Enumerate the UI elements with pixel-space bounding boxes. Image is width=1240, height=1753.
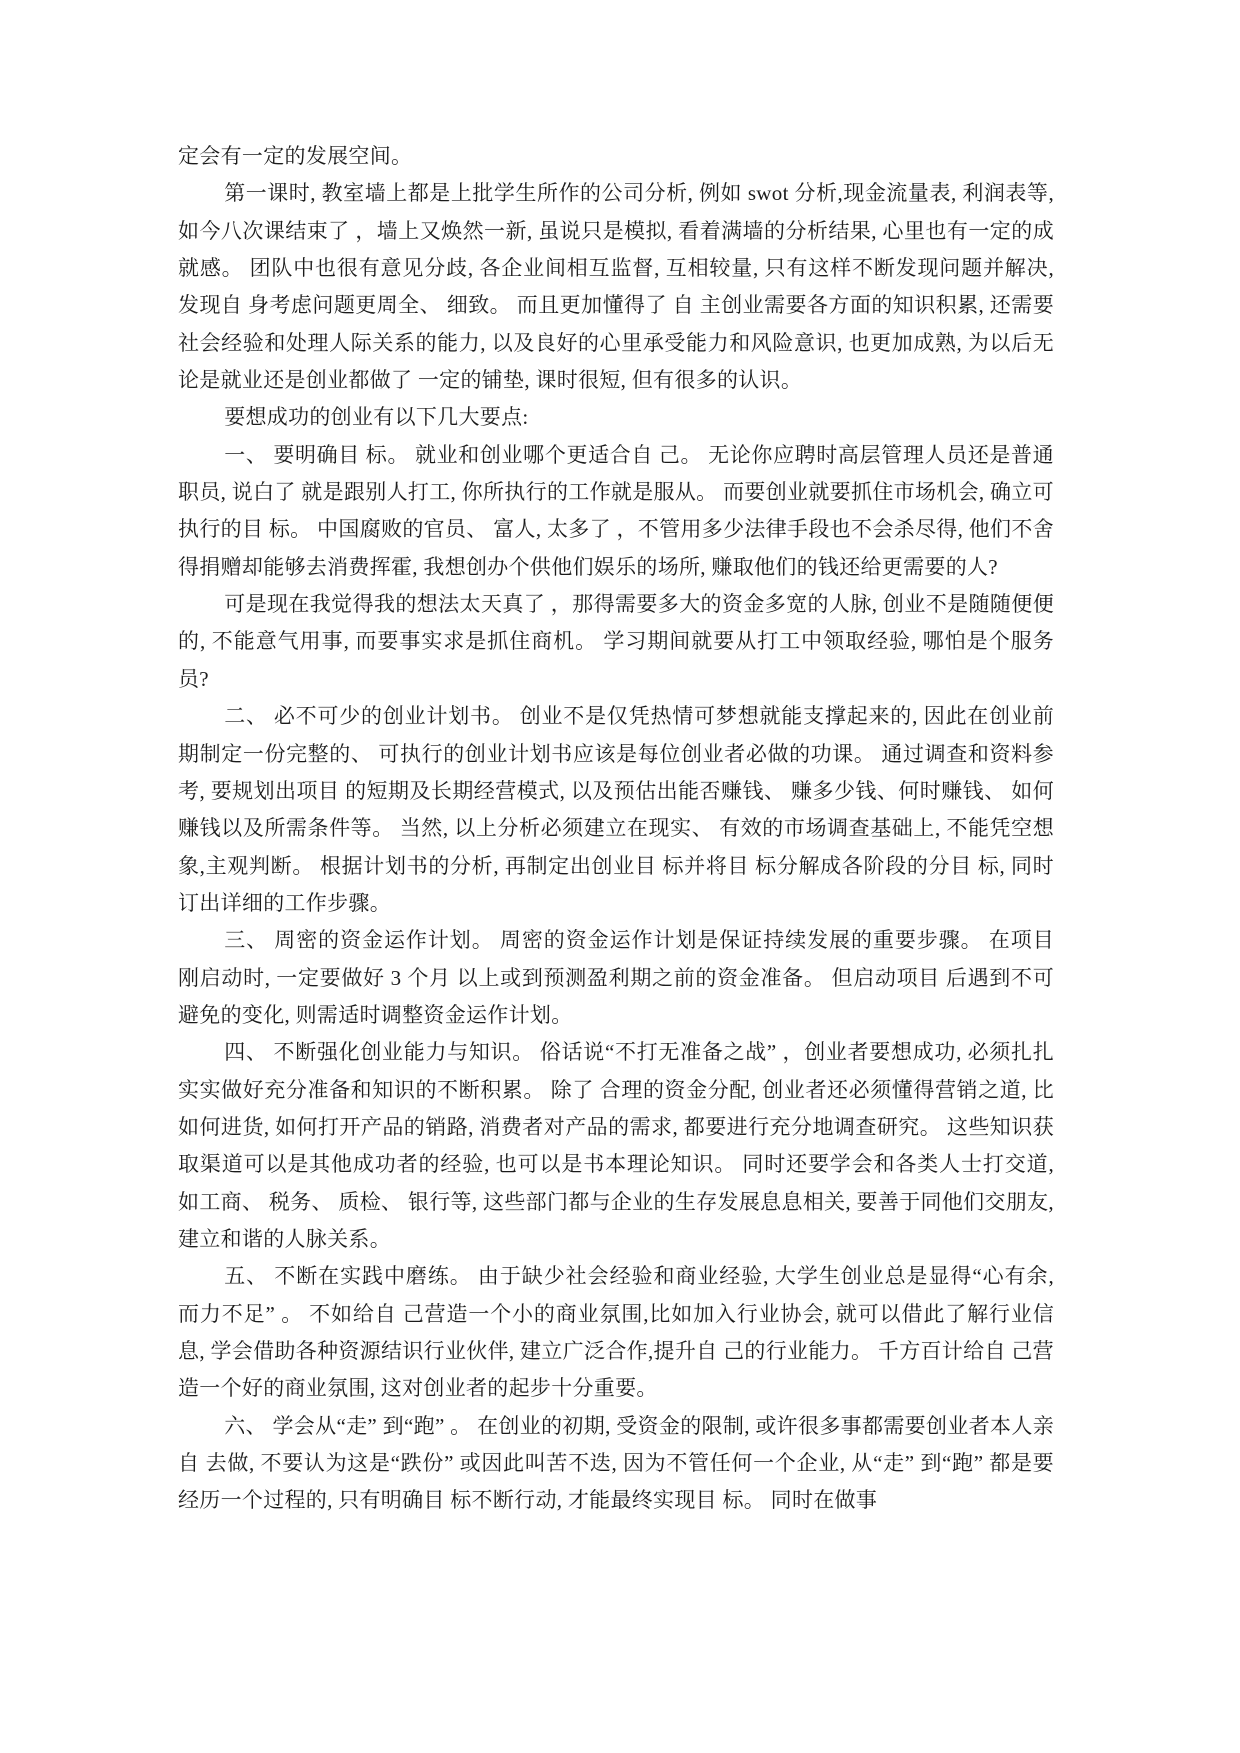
paragraph-point-2-business-plan: 二、 必不可少的创业计划书。 创业不是仅凭热情可梦想就能支撑起来的, 因此在创业… <box>178 698 1054 922</box>
paragraph-point-6-walk-to-run: 六、 学会从“走” 到“跑” 。 在创业的初期, 受资金的限制, 或许很多事都需… <box>178 1408 1054 1520</box>
paragraph-key-points-intro: 要想成功的创业有以下几大要点: <box>178 399 1054 436</box>
paragraph-continuation: 定会有一定的发展空间。 <box>178 138 1054 175</box>
paragraph-reflection: 可是现在我觉得我的想法太天真了 ，那得需要多大的资金多宽的人脉, 创业不是随随便… <box>178 586 1054 698</box>
paragraph-point-3-capital-plan: 三、 周密的资金运作计划。 周密的资金运作计划是保证持续发展的重要步骤。 在项目… <box>178 922 1054 1034</box>
document-page: 定会有一定的发展空间。 第一课时, 教室墙上都是上批学生所作的公司分析, 例如 … <box>0 0 1240 1753</box>
paragraph-point-1-clear-goal: 一、 要明确目 标。 就业和创业哪个更适合自 己。 无论你应聘时高层管理人员还是… <box>178 437 1054 586</box>
paragraph-first-lesson: 第一课时, 教室墙上都是上批学生所作的公司分析, 例如 swot 分析,现金流量… <box>178 175 1054 399</box>
document-body: 定会有一定的发展空间。 第一课时, 教室墙上都是上批学生所作的公司分析, 例如 … <box>178 138 1054 1520</box>
paragraph-point-5-practice: 五、 不断在实践中磨练。 由于缺少社会经验和商业经验, 大学生创业总是显得“心有… <box>178 1258 1054 1407</box>
paragraph-point-4-ability-knowledge: 四、 不断强化创业能力与知识。 俗话说“不打无准备之战” ，创业者要想成功, 必… <box>178 1034 1054 1258</box>
